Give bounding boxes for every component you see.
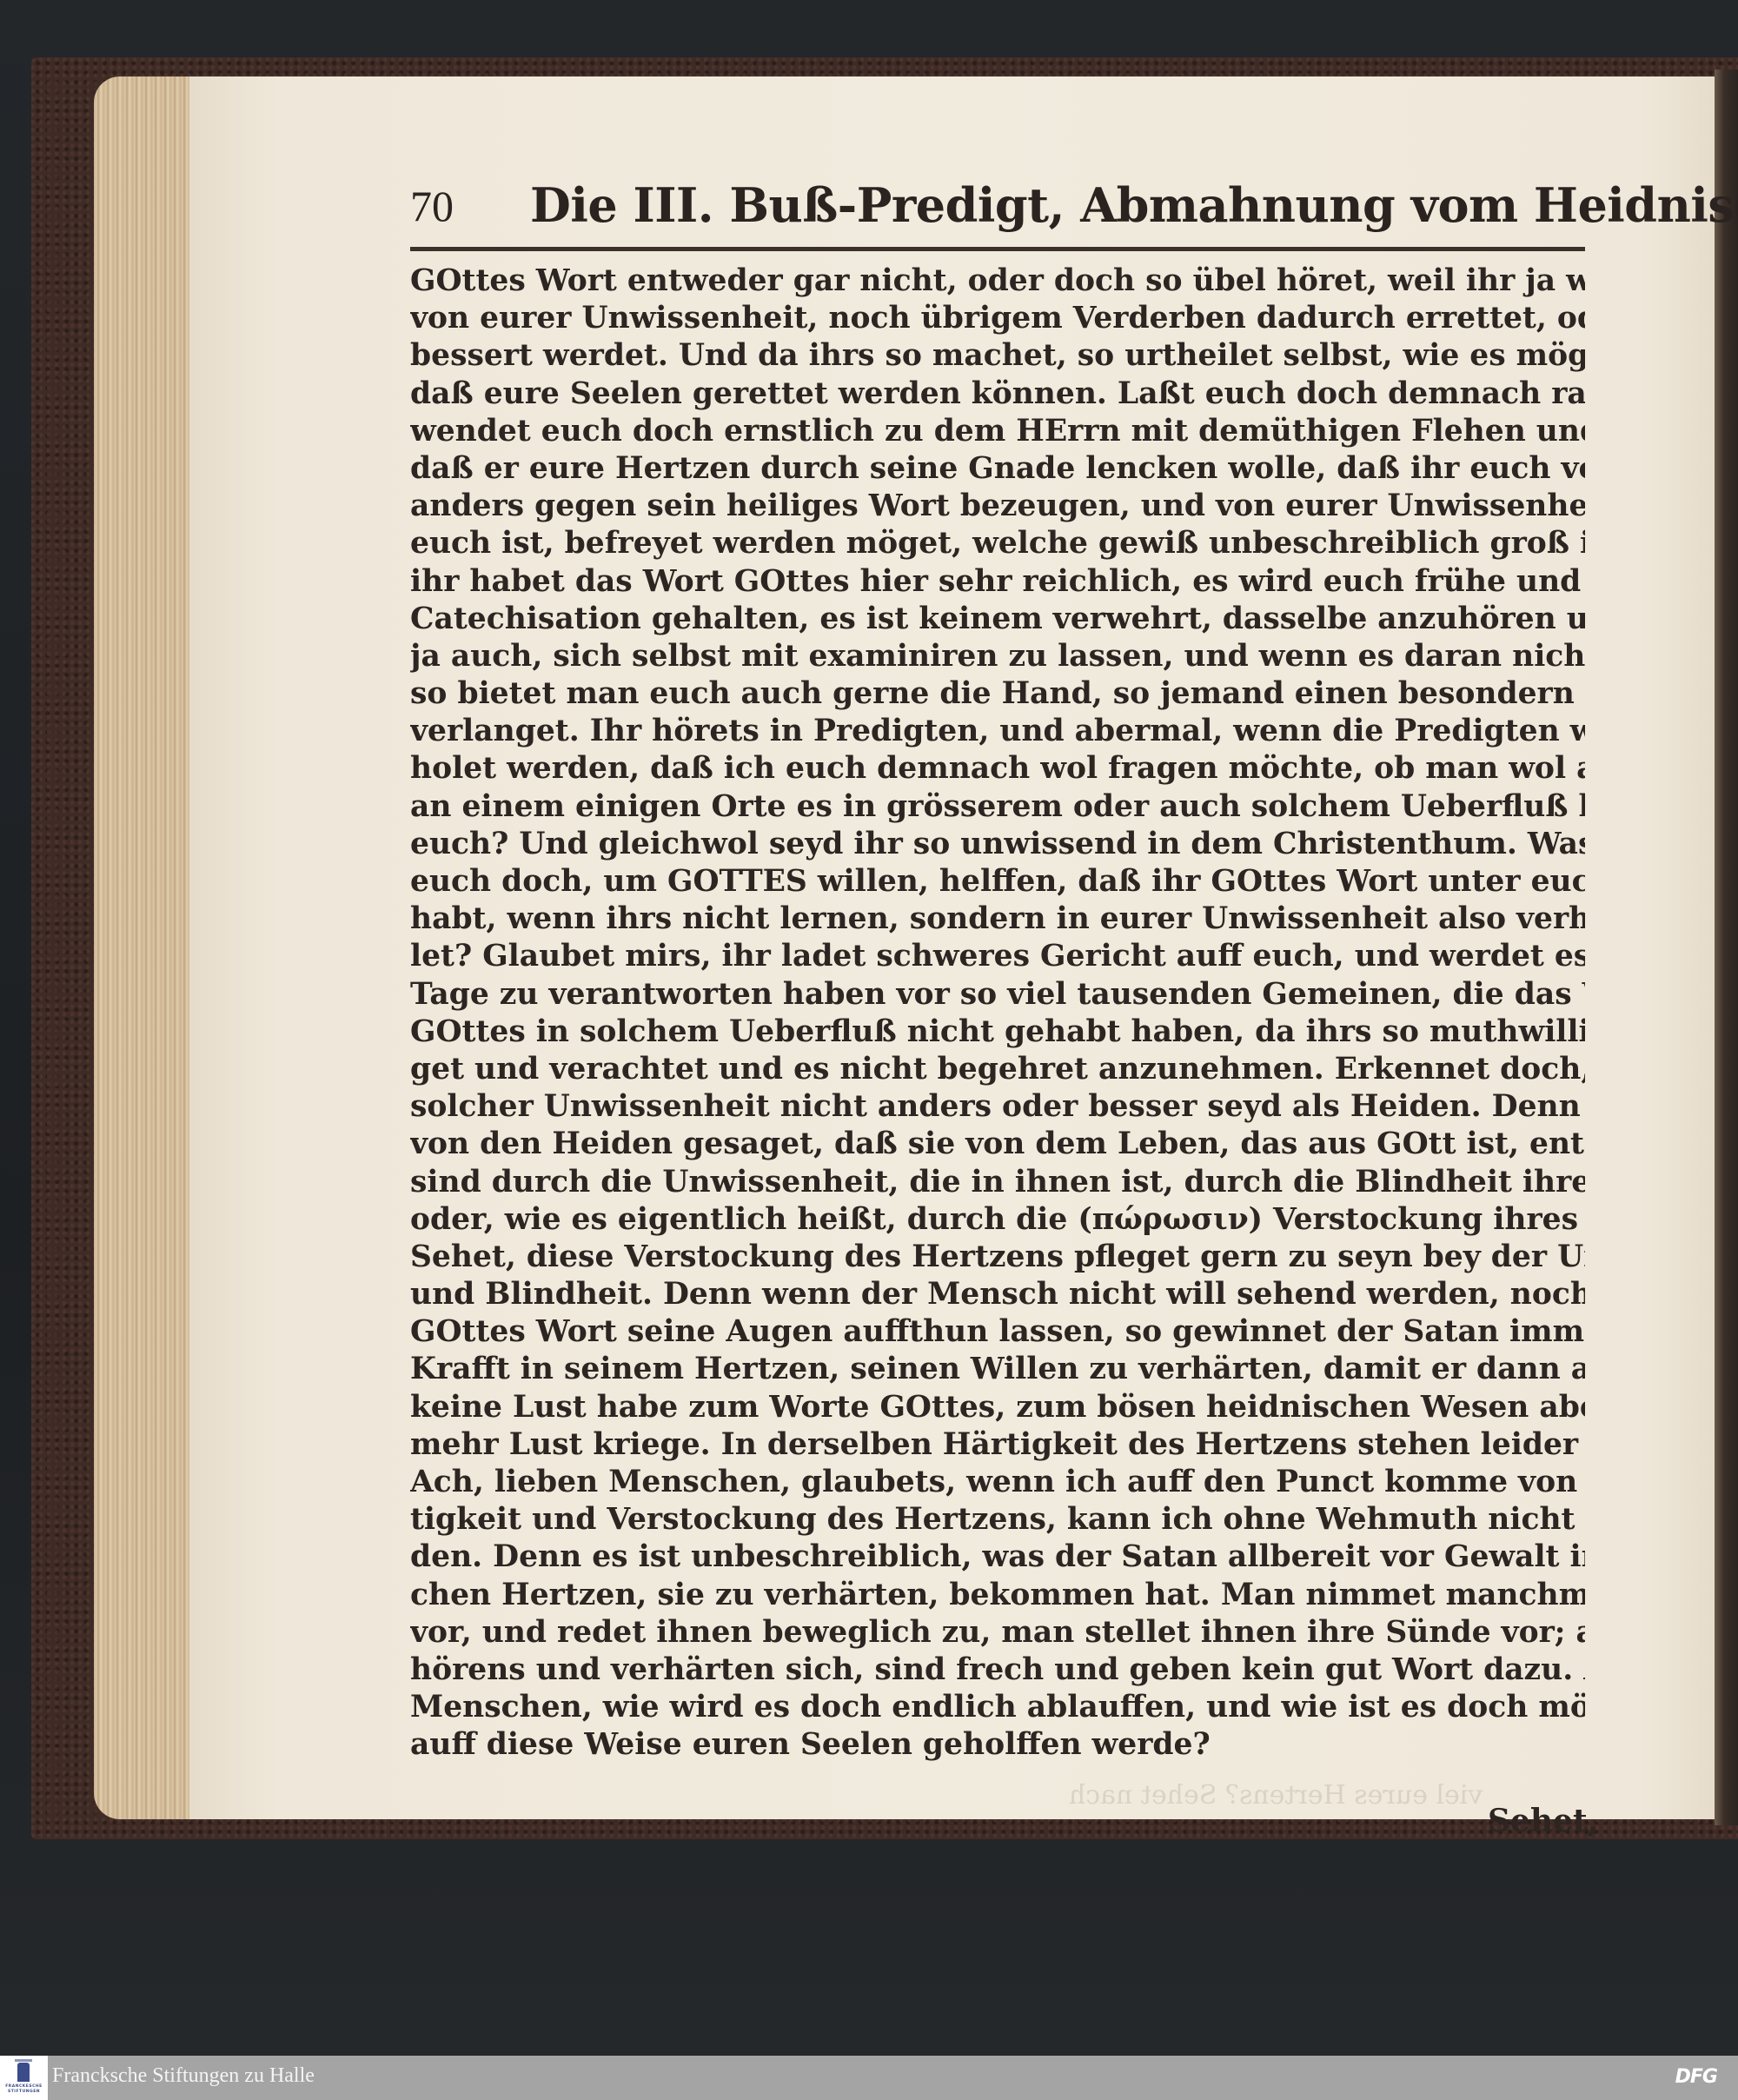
page-header: 70 Die III. Buß-Predigt, Abmahnung vom H…	[410, 174, 1583, 243]
text-line: GOttes Wort seine Augen auffthun lassen,…	[410, 1313, 1585, 1351]
text-line: Sehet, diese Verstockung des Hertzens pf…	[410, 1239, 1585, 1276]
text-line: bessert werdet. Und da ihrs so machet, s…	[410, 337, 1585, 375]
text-line: oder, wie es eigentlich heißt, durch die…	[410, 1201, 1585, 1239]
text-line: Menschen, wie wird es doch endlich ablau…	[410, 1689, 1585, 1726]
logo-roof-icon	[15, 2059, 32, 2062]
text-line: daß er eure Hertzen durch seine Gnade le…	[410, 450, 1585, 488]
text-line: verlanget. Ihr hörets in Predigten, und …	[410, 713, 1585, 750]
text-line: let? Glaubet mirs, ihr ladet schweres Ge…	[410, 938, 1585, 975]
institution-name[interactable]: Francksche Stiftungen zu Halle	[52, 2064, 315, 2088]
text-line: anders gegen sein heiliges Wort bezeugen…	[410, 488, 1585, 525]
text-line: GOttes in solchem Ueberfluß nicht gehabt…	[410, 1013, 1585, 1051]
institution-logo[interactable]: FRANCKESCHE STIFTUNGEN	[0, 2056, 48, 2100]
catchword: Sehet,	[1488, 1803, 1598, 1839]
text-line: get und verachtet und es nicht begehret …	[410, 1051, 1585, 1088]
text-line: GOttes Wort entweder gar nicht, oder doc…	[410, 262, 1585, 300]
text-line: den. Denn es ist unbeschreiblich, was de…	[410, 1538, 1585, 1576]
page-number: 70	[410, 181, 454, 231]
logo-text: FRANCKESCHE STIFTUNGEN	[2, 2084, 46, 2095]
text-line: euch ist, befreyet werden möget, welche …	[410, 525, 1585, 562]
body-text: GOttes Wort entweder gar nicht, oder doc…	[410, 262, 1585, 1764]
text-line: mehr Lust kriege. In derselben Härtigkei…	[410, 1426, 1585, 1464]
text-line: ja auch, sich selbst mit examiniren zu l…	[410, 638, 1585, 675]
text-line: so bietet man euch auch gerne die Hand, …	[410, 675, 1585, 713]
text-line: Catechisation gehalten, es ist keinem ve…	[410, 601, 1585, 638]
text-line: solcher Unwissenheit nicht anders oder b…	[410, 1088, 1585, 1126]
text-line: ihr habet das Wort GOttes hier sehr reic…	[410, 563, 1585, 601]
text-line: chen Hertzen, sie zu verhärten, bekommen…	[410, 1577, 1585, 1614]
text-line: und Blindheit. Denn wenn der Mensch nich…	[410, 1276, 1585, 1313]
text-line: keine Lust habe zum Worte GOttes, zum bö…	[410, 1389, 1585, 1426]
text-line: euch? Und gleichwol seyd ihr so unwissen…	[410, 826, 1585, 863]
text-line-last: auff diese Weise euren Seelen geholffen …	[410, 1726, 1585, 1764]
bleedthrough-text: viel eures Hertens? Sehet nach	[1069, 1780, 1483, 1811]
viewer-footer-bar: FRANCKESCHE STIFTUNGEN Francksche Stiftu…	[0, 2056, 1738, 2100]
text-line: holet werden, daß ich euch demnach wol f…	[410, 750, 1585, 787]
text-line: euch doch, um GOTTES willen, helffen, da…	[410, 863, 1585, 900]
text-line: hörens und verhärten sich, sind frech un…	[410, 1651, 1585, 1689]
text-line: habt, wenn ihrs nicht lernen, sondern in…	[410, 900, 1585, 938]
text-line: Krafft in seinem Hertzen, seinen Willen …	[410, 1351, 1585, 1388]
text-line: Ach, lieben Menschen, glaubets, wenn ich…	[410, 1464, 1585, 1501]
book-scan: 70 Die III. Buß-Predigt, Abmahnung vom H…	[0, 0, 1738, 2056]
header-rule	[410, 247, 1585, 251]
logo-figure-icon	[17, 2063, 30, 2082]
text-line: wendet euch doch ernstlich zu dem HErrn …	[410, 413, 1585, 450]
text-line: von eurer Unwissenheit, noch übrigem Ver…	[410, 300, 1585, 337]
text-line: daß eure Seelen gerettet werden können. …	[410, 375, 1585, 413]
text-line: Tage zu verantworten haben vor so viel t…	[410, 976, 1585, 1013]
text-line: tigkeit und Verstockung des Hertzens, ka…	[410, 1501, 1585, 1538]
gutter-shadow	[1715, 70, 1738, 1825]
running-title: Die III. Buß-Predigt, Abmahnung vom Heid…	[530, 177, 1738, 233]
text-line: vor, und redet ihnen beweglich zu, man s…	[410, 1614, 1585, 1651]
text-line: an einem einigen Orte es in grösserem od…	[410, 788, 1585, 826]
text-line: von den Heiden gesaget, daß sie von dem …	[410, 1126, 1585, 1163]
text-line: sind durch die Unwissenheit, die in ihne…	[410, 1164, 1585, 1201]
dfg-logo[interactable]: DFG	[1675, 2066, 1717, 2088]
page-block-edges	[94, 76, 195, 1819]
